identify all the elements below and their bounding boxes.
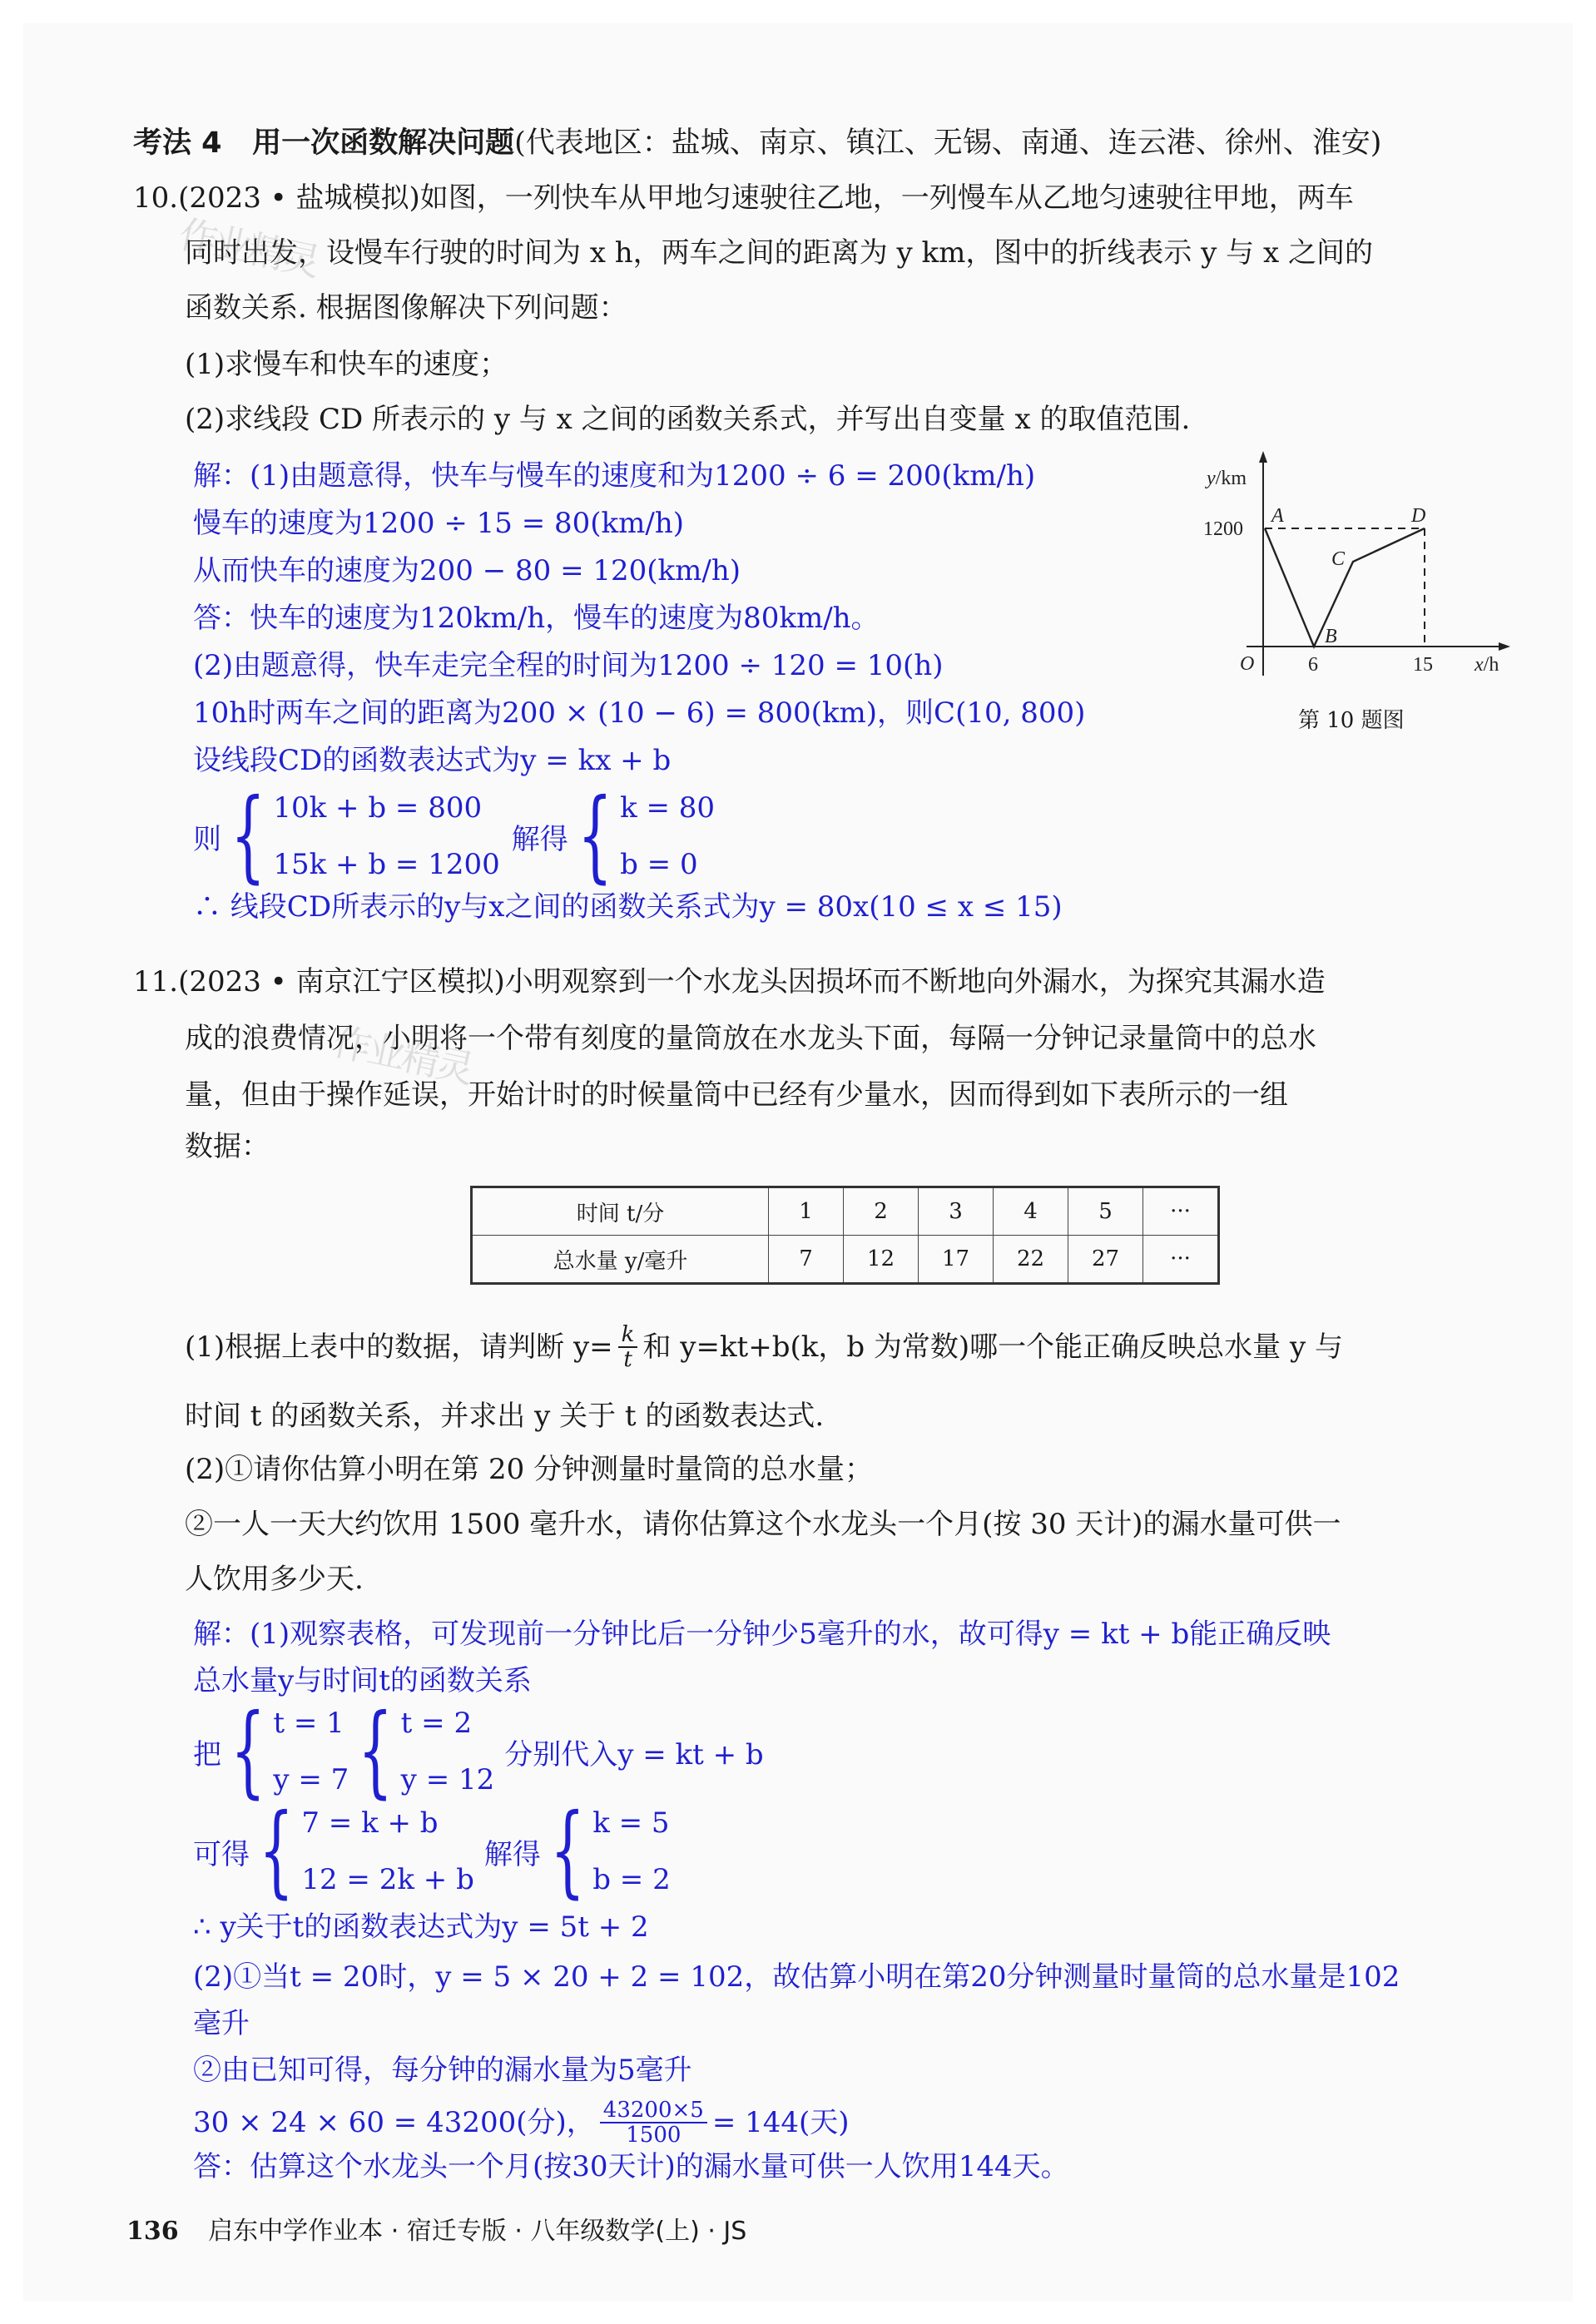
system-prefix: 则 [193,816,221,857]
part-1-text-cont: 和 y=kt+b(k，b 为常数)哪一个能正确反映总水量 y 与 [642,1329,1343,1365]
solution: k = 80 [620,790,715,826]
q11-part-2-2: ②一人一天大约饮用 1500 毫升水，请你估算这个水龙头一个月(按 30 天计)… [185,1506,1341,1543]
equation: 12 = 2k + b [301,1861,473,1898]
book-title: 启东中学作业本 · 宿迁专版 · 八年级数学(上) · JS [208,2217,746,2246]
sub-prefix: 把 [193,1732,221,1772]
table-header-cell: 时间 t/分 [472,1187,769,1236]
numerator: 43200×5 [600,2099,707,2123]
q11-solution-line: 30 × 24 × 60 = 43200(分)， 43200×51500 = 1… [193,2099,850,2147]
q11-solution-line: ②由已知可得，每分钟的漏水量为5毫升 [193,2052,692,2089]
q10-solution-line: (2)由题意得，快车走完全程的时间为1200 ÷ 120 = 10(h) [193,647,943,684]
value: t = 2 [401,1705,495,1742]
left-brace-icon: { [550,1806,585,1897]
section-header: 考法 4 用一次函数解决问题(代表地区：盐城、南京、镇江、无锡、南通、连云港、徐… [133,125,1381,161]
q10-solution-line: 慢车的速度为1200 ÷ 15 = 80(km/h) [193,505,684,542]
q10-equation-system: 则 { 10k + b = 800 15k + b = 1200 解得 { k … [193,782,715,890]
q11-part-1-line-2: 时间 t 的函数关系，并求出 y 关于 t 的函数表达式. [185,1398,824,1435]
q11-line-2: 成的浪费情况，小明将一个带有刻度的量筒放在水龙头下面，每隔一分钟记录量筒中的总水 [185,1020,1316,1057]
q11-substitution: 把 { t = 1 y = 7 { t = 2 y = 12 分别代入y = k… [193,1697,764,1806]
left-brace-icon: { [230,1706,265,1797]
table-cell: ··· [1143,1236,1219,1284]
q10-solution-line: 从而快车的速度为200 − 80 = 120(km/h) [193,553,741,589]
system-equations: 7 = k + b 12 = 2k + b [301,1805,473,1898]
equation: 7 = k + b [301,1805,473,1841]
fraction: 43200×51500 [600,2099,707,2147]
table-header-cell: 总水量 y/毫升 [472,1236,769,1284]
q10-graph: y/km 1200 A D C B O 6 15 x/h [1198,449,1514,699]
point-B: B [1325,626,1337,647]
left-brace-icon: { [358,1706,393,1797]
q11-line-3: 量，但由于操作延误，开始计时的时候量筒中已经有少量水，因而得到如下表所示的一组 [185,1077,1288,1113]
system-mid: 解得 [512,816,568,857]
point-D: D [1410,505,1425,527]
equation: 10k + b = 800 [273,790,499,826]
q11-solution-line: ∴ y关于t的函数表达式为y = 5t + 2 [193,1909,649,1945]
table-cell: 1 [769,1187,844,1236]
table-cell: 7 [769,1236,844,1284]
figure-caption: 第 10 题图 [1298,703,1405,734]
left-brace-icon: { [577,790,612,882]
system-prefix: 可得 [193,1831,250,1872]
q11-solution-line: (2)①当t = 20时，y = 5 × 20 + 2 = 102，故估算小明在… [193,1959,1400,1995]
table-row: 总水量 y/毫升 7 12 17 22 27 ··· [472,1236,1219,1284]
denominator: 1500 [626,2123,681,2147]
origin-label: O [1240,653,1254,675]
y-axis-arrow-icon [1259,451,1267,463]
system-equations: 10k + b = 800 15k + b = 1200 [273,790,499,883]
q11-solution-line: 解：(1)观察表格，可发现前一分钟比后一分钟少5毫升的水，故可得y = kt +… [193,1616,1331,1653]
table-cell: 3 [919,1187,994,1236]
q10-conclusion: ∴ 线段CD所表示的y与x之间的函数关系式为y = 80x(10 ≤ x ≤ 1… [193,889,1063,925]
q11-part-2-2b: 人饮用多少天. [185,1561,364,1598]
section-subtitle: (代表地区：盐城、南京、镇江、无锡、南通、连云港、徐州、淮安) [514,126,1381,160]
part-1-text: (1)根据上表中的数据，请判断 y= [185,1329,613,1365]
q10-solution-line: 设线段CD的函数表达式为y = kx + b [193,742,671,779]
q11-part-1: (1)根据上表中的数据，请判断 y= kt 和 y=kt+b(k，b 为常数)哪… [185,1323,1343,1371]
q10-line-3: 函数关系. 根据图像解决下列问题： [185,290,627,326]
denominator: t [623,1348,632,1371]
system-solutions: k = 80 b = 0 [620,790,715,883]
x-tick-15: 15 [1413,654,1433,676]
point-A: A [1270,505,1284,527]
point-C: C [1331,548,1346,570]
solution: b = 2 [592,1861,671,1898]
pair-b: t = 2 y = 12 [401,1705,495,1798]
system-solutions: k = 5 b = 2 [592,1805,671,1898]
equation: 15k + b = 1200 [273,846,499,883]
q11-line-1: 11.(2023 • 南京江宁区模拟)小明观察到一个水龙头因损坏而不断地向外漏水… [133,964,1326,1000]
table-cell: 2 [844,1187,919,1236]
pair-a: t = 1 y = 7 [273,1705,349,1798]
table-cell: 22 [994,1236,1068,1284]
x-axis-label: x/h [1474,654,1499,676]
minutes-calc: 30 × 24 × 60 = 43200(分)， [193,2104,595,2141]
left-brace-icon: { [259,1806,294,1897]
days-result: = 144(天) [712,2104,850,2141]
q10-part-2: (2)求线段 CD 所表示的 y 与 x 之间的函数关系式，并写出自变量 x 的… [185,401,1190,438]
fraction-k-over-t: kt [618,1323,638,1371]
q10-solution-line: 解：(1)由题意得，快车与慢车的速度和为1200 ÷ 6 = 200(km/h) [193,458,1035,494]
page-number: 136 [126,2217,179,2246]
table-row: 时间 t/分 1 2 3 4 5 ··· [472,1187,1219,1236]
solution: b = 0 [620,846,715,883]
numerator: k [618,1323,638,1348]
table-cell: ··· [1143,1187,1219,1236]
x-axis-arrow-icon [1499,642,1510,651]
system-mid: 解得 [484,1831,541,1872]
table-cell: 27 [1068,1236,1143,1284]
q10-part-1: (1)求慢车和快车的速度； [185,346,508,383]
q10-solution-line: 答：快车的速度为120km/h，慢车的速度为80km/h。 [193,600,880,637]
q11-equation-system: 可得 { 7 = k + b 12 = 2k + b 解得 { k = 5 b … [193,1797,671,1905]
y-tick-1200: 1200 [1203,518,1243,540]
data-table: 时间 t/分 1 2 3 4 5 ··· 总水量 y/毫升 7 12 17 22… [470,1186,1220,1285]
distance-polyline [1265,528,1425,647]
q11-answer: 答：估算这个水龙头一个月(按30天计)的漏水量可供一人饮用144天。 [193,2148,1069,2185]
value: t = 1 [273,1705,349,1742]
x-tick-6: 6 [1308,654,1318,676]
value: y = 12 [401,1762,495,1798]
q11-part-2-1: (2)①请你估算小明在第 20 分钟测量时量筒的总水量； [185,1451,873,1488]
solution: k = 5 [592,1805,671,1841]
q10-line-1: 10.(2023 • 盐城模拟)如图，一列快车从甲地匀速驶往乙地，一列慢车从乙地… [133,180,1354,216]
page-footer: 136 启东中学作业本 · 宿迁专版 · 八年级数学(上) · JS [126,2210,746,2247]
section-title: 考法 4 用一次函数解决问题 [133,126,514,160]
q11-line-4: 数据： [185,1128,270,1165]
q11-solution-line: 毫升 [193,2005,250,2042]
y-axis-label: y/km [1205,468,1247,489]
left-brace-icon: { [230,790,265,882]
sub-suffix: 分别代入y = kt + b [504,1732,763,1772]
q10-line-2: 同时出发，设慢车行驶的时间为 x h，两车之间的距离为 y km，图中的折线表示… [185,235,1373,271]
q10-solution-line: 10h时两车之间的距离为200 × (10 − 6) = 800(km)，则C(… [193,695,1085,731]
table-cell: 17 [919,1236,994,1284]
table-cell: 5 [1068,1187,1143,1236]
table-cell: 12 [844,1236,919,1284]
table-cell: 4 [994,1187,1068,1236]
